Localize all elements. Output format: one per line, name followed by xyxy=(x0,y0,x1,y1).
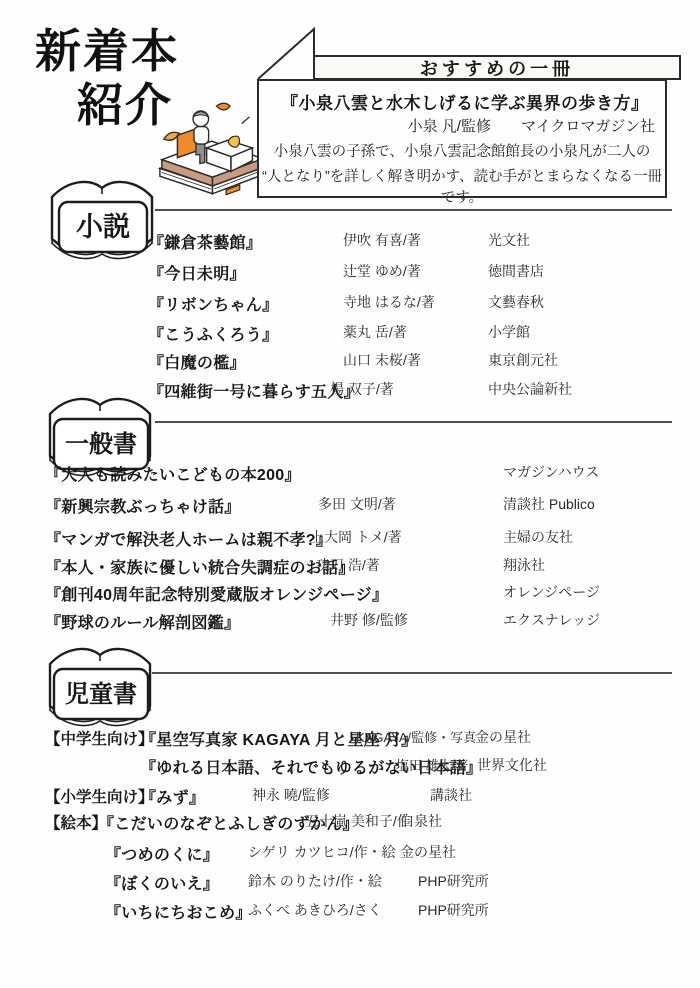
book-row: 【小学生向け】 『みず』 神永 曉/監修 講談社 xyxy=(0,785,700,807)
book-publisher: 中央公論新社 xyxy=(488,379,572,399)
book-title: 『みず』 xyxy=(140,785,205,808)
book-row: 『今日未明』 辻堂 ゆめ/著 徳間書店 xyxy=(0,261,700,283)
book-title: 『リボンちゃん』 xyxy=(148,292,278,315)
book-row: 『リボンちゃん』 寺地 はるな/著 文藝春秋 xyxy=(0,292,700,314)
book-row: 『つめのくに』 シゲリ カツヒコ/作・絵 金の星社 xyxy=(0,842,700,864)
book-author: KAGAYA/監修・写真 xyxy=(356,727,476,746)
book-author: 神永 曉/監修 xyxy=(252,785,330,805)
callout-tail xyxy=(257,27,317,81)
book-author: シゲリ カツヒコ/作・絵 xyxy=(248,842,396,862)
book-row: 『マンガで解決老人ホームは親不孝?』 上大岡 トメ/著 主婦の友社 xyxy=(0,527,700,549)
book-publisher: エクスナレッジ xyxy=(503,610,600,630)
book-publisher: 小学館 xyxy=(488,322,530,342)
book-publisher: 清談社 Publico xyxy=(503,494,595,514)
book-title: 『こうふくろう』 xyxy=(148,322,278,345)
book-author: 上大岡 トメ/著 xyxy=(310,527,402,547)
book-author: 伊吹 有喜/著 xyxy=(343,230,421,250)
book-title: 『大人も読みたいこどもの本200』 xyxy=(45,462,301,485)
recommendation-box: 『小泉八雲と水木しげるに学ぶ異界の歩き方』 小泉 凡/監修 マイクロマガジン社 … xyxy=(257,79,667,198)
book-row: 『ゆれる日本語、それでもゆるがない日本語』 塩田 雄大/著 世界文化社 xyxy=(0,755,700,777)
book-row: 『白魔の檻』 山口 未桜/著 東京創元社 xyxy=(0,350,700,372)
section-divider xyxy=(155,421,672,423)
book-row: 『野球のルール解剖図鑑』 井野 修/監修 エクスナレッジ xyxy=(0,610,700,632)
book-row: 【中学生向け】 『星空写真家 KAGAYA 月と星座 月』 KAGAYA/監修・… xyxy=(0,727,700,749)
book-row: 【絵本】 『こだいのなぞとふしぎのずかん』 五十嵐 美和子/作 白泉社 xyxy=(0,811,700,833)
section-label: 児童書 xyxy=(65,681,137,708)
book-title: 『新興宗教ぶっちゃけ話』 xyxy=(45,494,241,517)
book-author: 塩田 雄大/著 xyxy=(396,755,468,774)
book-row: 『大人も読みたいこどもの本200』 マガジンハウス xyxy=(0,462,700,484)
book-publisher: PHP研究所 xyxy=(418,900,489,920)
recommendation-header: おすすめの一冊 xyxy=(313,55,681,80)
newsletter-page: 新着本 紹介 xyxy=(0,0,700,988)
ginkgo-leaf-icon xyxy=(228,136,239,147)
book-publisher: 金の星社 xyxy=(400,842,456,862)
book-publisher: 主婦の友社 xyxy=(503,527,573,547)
book-title: 『つめのくに』 xyxy=(105,842,219,865)
book-author: ふくべ あきひろ/さく xyxy=(248,900,382,920)
section-label: 一般書 xyxy=(65,431,137,458)
book-publisher: 翔泳社 xyxy=(503,555,545,575)
section-divider xyxy=(155,209,672,211)
book-author: 楊 双子/著 xyxy=(330,379,394,399)
book-publisher: PHP研究所 xyxy=(418,871,489,891)
book-title: 『今日未明』 xyxy=(148,261,246,284)
book-row: 『こうふくろう』 薬丸 岳/著 小学館 xyxy=(0,322,700,344)
book-author: 鈴木 のりたけ/作・絵 xyxy=(248,871,382,891)
book-publisher: 光文社 xyxy=(488,230,530,250)
book-row: 『本人・家族に優しい統合失調症のお話』 功刀 浩/著 翔泳社 xyxy=(0,555,700,577)
recommendation-description: “人となり”を詳しく解き明かす、読む手がとまらなくなる一冊です。 xyxy=(259,165,665,207)
recommendation-description: 小泉八雲の子孫で、小泉八雲記念館館長の小泉凡が二人の xyxy=(259,140,665,161)
book-publisher: 講談社 xyxy=(430,785,472,805)
book-publisher: マガジンハウス xyxy=(503,462,599,482)
book-title: 『野球のルール解剖図鑑』 xyxy=(45,610,240,633)
book-title: 『鎌倉茶藝館』 xyxy=(148,230,262,253)
book-title: 『四維街一号に暮らす五人』 xyxy=(148,379,360,402)
age-category: 【小学生向け】 xyxy=(45,785,154,807)
book-author: 山口 未桜/著 xyxy=(343,350,421,370)
person-reading-on-books-illustration xyxy=(156,97,268,197)
book-title: 『マンガで解決老人ホームは親不孝?』 xyxy=(45,527,332,550)
age-category: 【中学生向け】 xyxy=(45,727,154,749)
book-publisher: 東京創元社 xyxy=(488,350,558,370)
book-title: 『創刊40周年記念特別愛蔵版オレンジページ』 xyxy=(45,582,388,605)
book-author: 薬丸 岳/著 xyxy=(343,322,407,342)
book-publisher: 徳間書店 xyxy=(488,261,544,281)
book-publisher: 文藝春秋 xyxy=(488,292,544,312)
recommended-book-credit: 小泉 凡/監修 マイクロマガジン社 xyxy=(408,115,655,136)
book-author: 多田 文明/著 xyxy=(318,494,396,514)
book-publisher: 金の星社 xyxy=(475,727,531,747)
recommended-book-title: 『小泉八雲と水木しげるに学ぶ異界の歩き方』 xyxy=(281,89,649,114)
book-title: 『ぼくのいえ』 xyxy=(105,871,219,894)
book-row: 『鎌倉茶藝館』 伊吹 有喜/著 光文社 xyxy=(0,230,700,252)
book-author: 辻堂 ゆめ/著 xyxy=(343,261,421,281)
book-publisher: オレンジページ xyxy=(503,582,600,602)
recommendation-header-label: おすすめの一冊 xyxy=(420,55,574,81)
section-divider xyxy=(152,672,672,674)
book-publisher: 白泉社 xyxy=(400,811,442,831)
book-author: 功刀 浩/著 xyxy=(316,555,380,575)
book-author: 井野 修/監修 xyxy=(330,610,408,630)
book-author: 五十嵐 美和子/作 xyxy=(305,811,411,831)
book-publisher: 世界文化社 xyxy=(477,755,547,775)
book-row: 『いちにちおこめ』 ふくべ あきひろ/さく PHP研究所 xyxy=(0,900,700,922)
book-row: 『ぼくのいえ』 鈴木 のりたけ/作・絵 PHP研究所 xyxy=(0,871,700,893)
book-row: 『新興宗教ぶっちゃけ話』 多田 文明/著 清談社 Publico xyxy=(0,494,700,516)
book-title: 『白魔の檻』 xyxy=(148,350,246,373)
book-author: 寺地 はるな/著 xyxy=(343,292,435,312)
book-title: 『本人・家族に優しい統合失調症のお話』 xyxy=(45,555,355,578)
book-row: 『創刊40周年記念特別愛蔵版オレンジページ』 オレンジページ xyxy=(0,582,700,604)
book-title: 『いちにちおこめ』 xyxy=(105,900,252,923)
page-title-line1: 新着本 xyxy=(35,24,205,78)
